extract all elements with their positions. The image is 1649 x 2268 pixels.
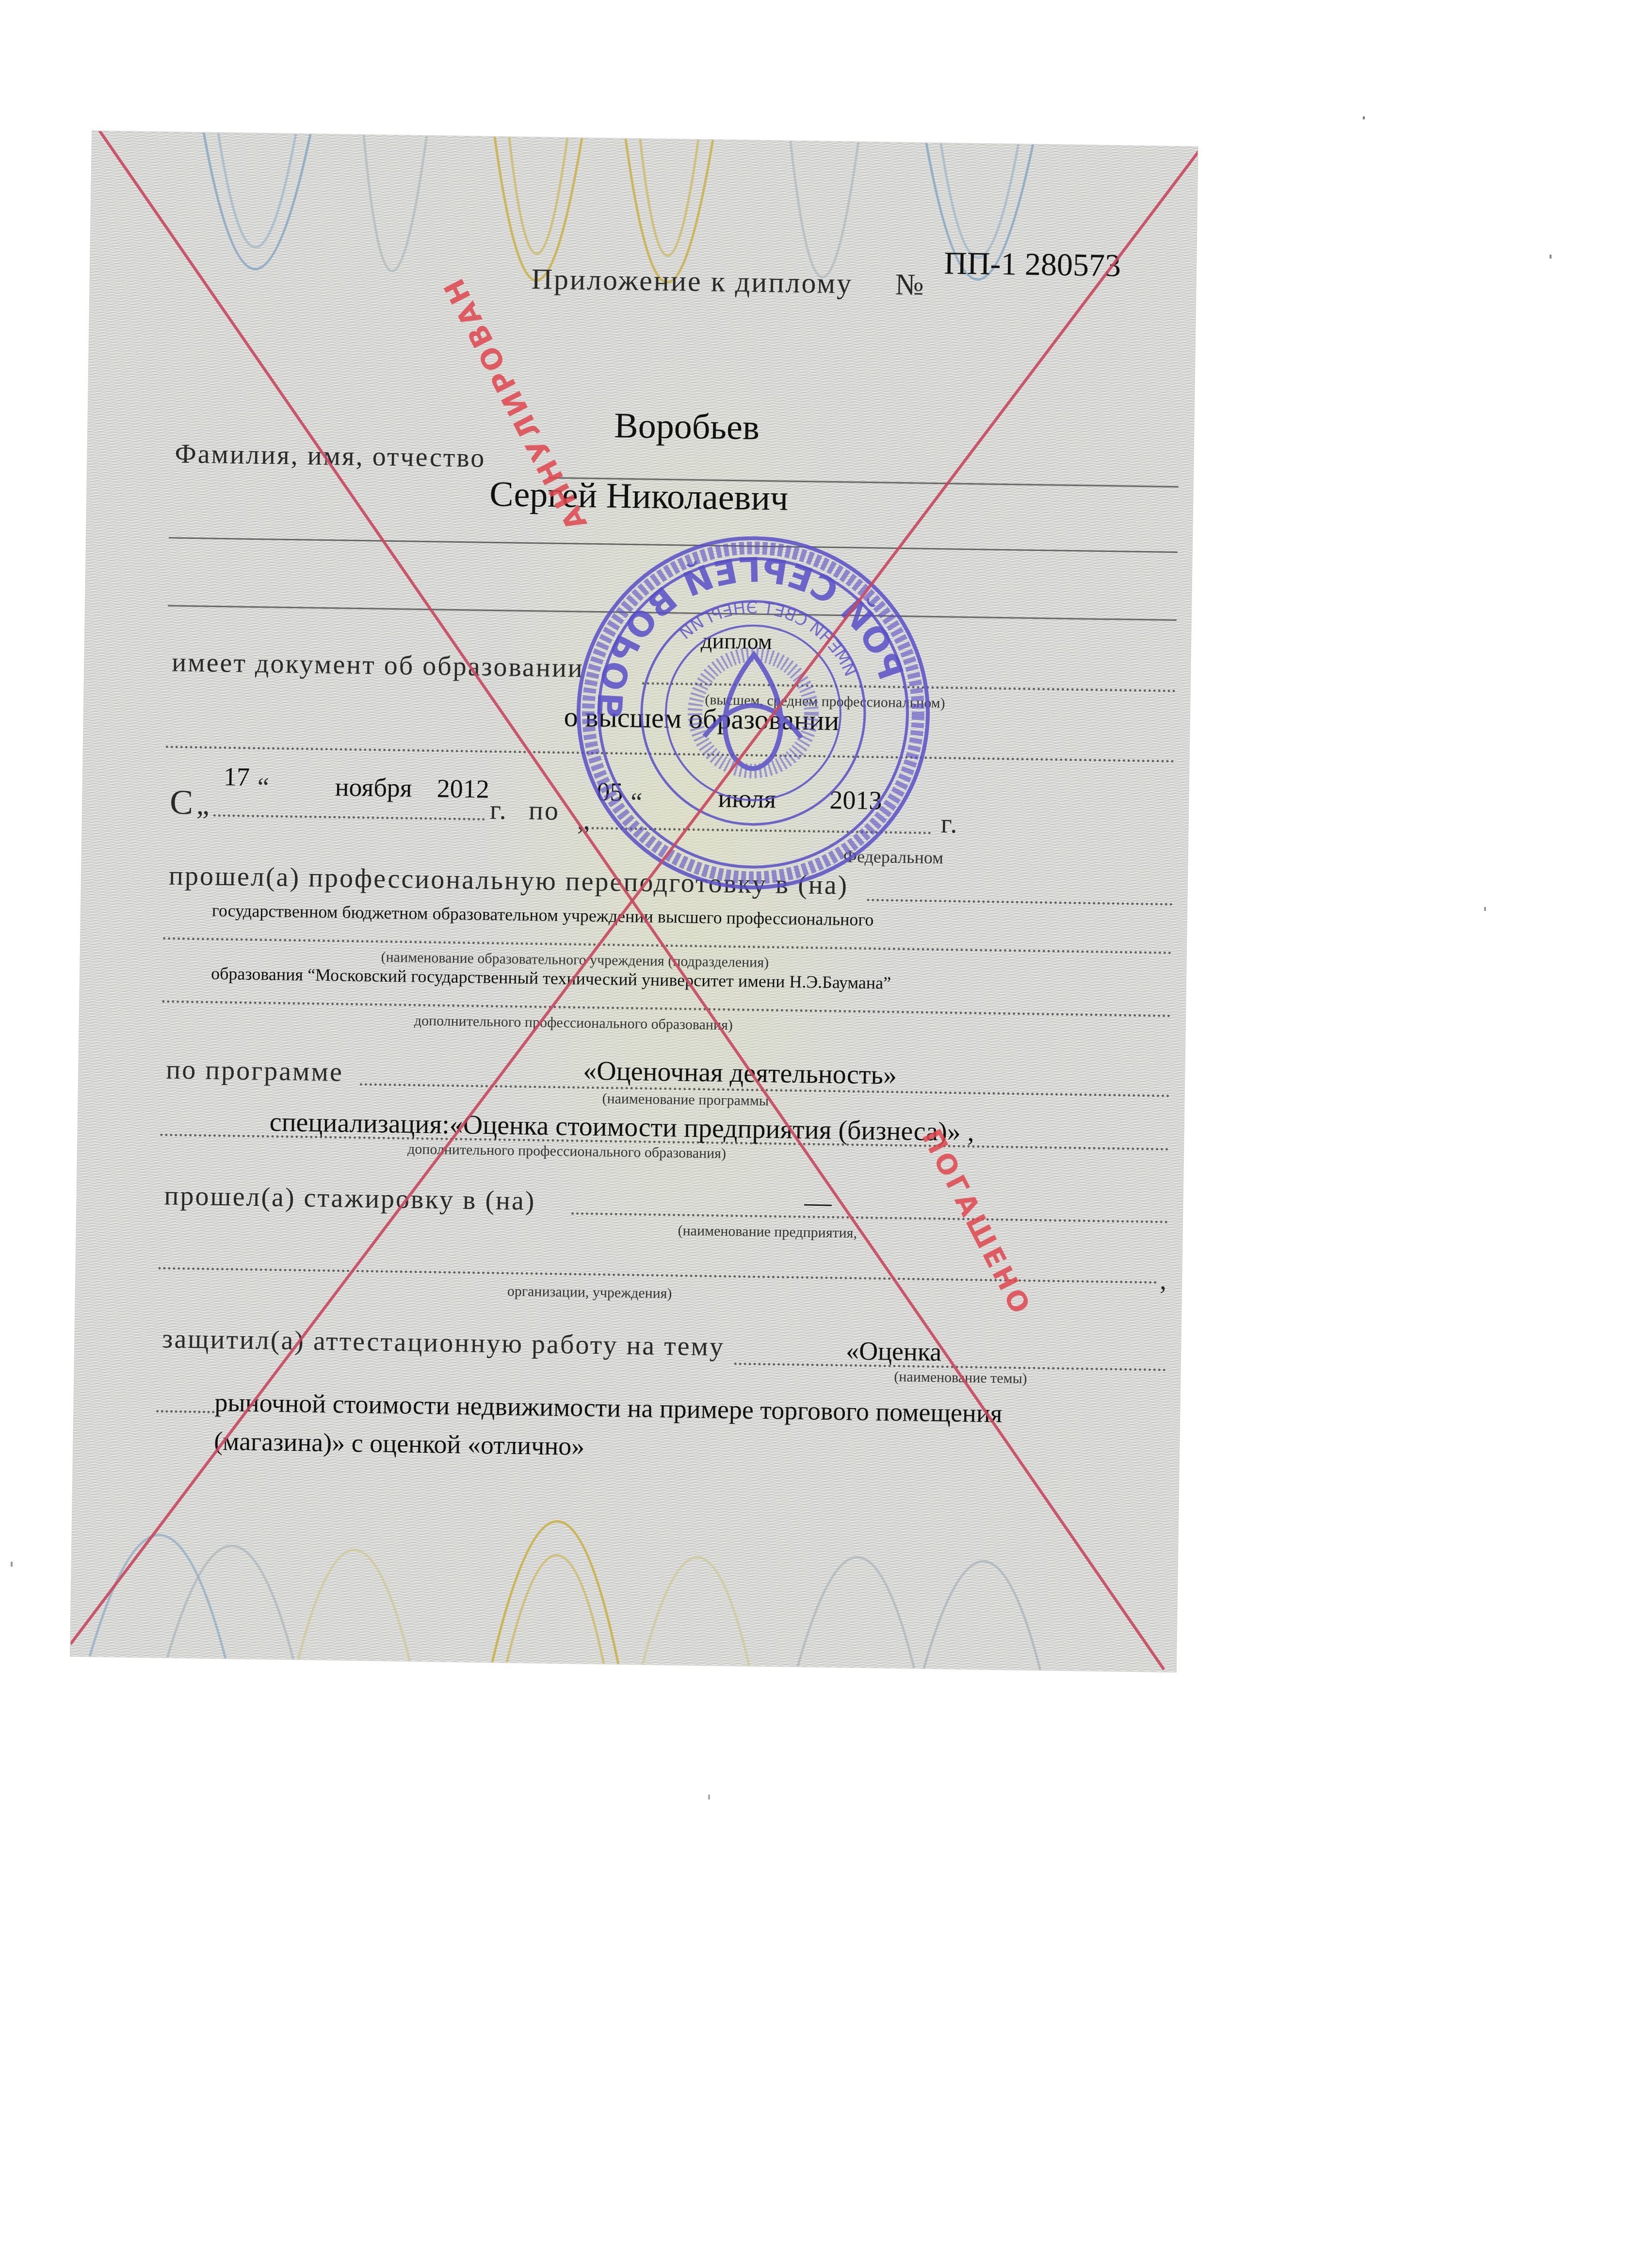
internship-hint-2: организации, учреждения) <box>507 1284 672 1301</box>
education-doc-dotline <box>642 682 1176 692</box>
full-name-underline-2 <box>169 537 1178 553</box>
retraining-dotline-1 <box>867 899 1172 906</box>
education-doc-dotline-2 <box>166 745 1175 762</box>
period-from-prefix: С <box>170 784 195 820</box>
diploma-supplement-sheet: Приложение к диплому № ПП-1 280573 Фамил… <box>70 131 1198 1672</box>
full-name-underline-3 <box>168 605 1177 621</box>
period-to-year-suffix: г. <box>940 810 958 838</box>
period-to-prefix: по <box>529 797 560 825</box>
retraining-institution-line2: государственном бюджетном образовательно… <box>212 902 874 929</box>
retraining-dotline-3 <box>162 1000 1171 1017</box>
period-from-day: 17 <box>224 763 250 790</box>
thesis-line-3: (магазина)» с оценкой «отлично» <box>214 1428 585 1459</box>
scan-speck <box>11 1562 13 1567</box>
education-doc-value: о высшем образовании <box>564 703 839 735</box>
thesis-line-2: рыночной стоимости недвижимости на приме… <box>214 1389 1002 1426</box>
education-doc-label: имеет документ об образовании <box>172 648 584 681</box>
period-to-dotline <box>591 827 931 834</box>
specialization-value: специализация:«Оценка стоимости предприя… <box>269 1108 974 1146</box>
internship-dotline-1 <box>571 1212 1168 1223</box>
thesis-dotline-2 <box>156 1410 214 1413</box>
retraining-label: прошел(а) профессиональную переподготовк… <box>169 862 849 899</box>
period-from-month: ноября <box>335 774 412 801</box>
internship-value: — <box>804 1189 832 1216</box>
cancelled-stamp: ПОГАШЕНО <box>917 1125 1035 1320</box>
thesis-label: защитил(а) аттестационную работу на тему <box>162 1325 725 1361</box>
retraining-institution-line3: образования “Московский государственный … <box>211 965 891 992</box>
surname-value: Воробьев <box>614 407 760 445</box>
header-title: Приложение к диплому <box>531 264 853 298</box>
internship-trailing-comma: , <box>1160 1267 1168 1294</box>
scan-speck <box>1484 907 1486 911</box>
retraining-dpo-hint: дополнительного профессионального образо… <box>414 1014 733 1033</box>
scan-speck <box>1550 255 1552 259</box>
period-open-quote-2: „ <box>577 805 591 834</box>
thesis-hint: (наименование темы) <box>894 1370 1027 1386</box>
scan-speck <box>708 1795 710 1799</box>
internship-hint-1: (наименование предприятия, <box>678 1224 857 1241</box>
retraining-dotline-2 <box>163 937 1172 954</box>
number-sign: № <box>895 270 925 300</box>
period-close-quote-2: “ <box>630 789 644 815</box>
retraining-institution-line1: Федеральном <box>843 847 944 866</box>
full-name-label: Фамилия, имя, отчество <box>175 440 486 472</box>
period-open-quote-1: „ <box>196 790 211 819</box>
specialization-hint: дополнительного профессионального образо… <box>407 1142 726 1161</box>
scan-speck <box>1363 116 1365 119</box>
period-from-year: 2012 <box>436 775 489 802</box>
program-value: «Оценочная деятельность» <box>583 1057 897 1089</box>
period-close-quote-1: “ <box>257 774 271 800</box>
internship-label: прошел(а) стажировку в (на) <box>164 1182 536 1215</box>
period-to-day: 05 <box>597 778 623 805</box>
period-to-year: 2013 <box>829 787 882 814</box>
period-from-dotline <box>213 814 485 821</box>
education-doc-value-top: диплом <box>701 630 772 653</box>
given-names-value: Сергей Николаевич <box>489 476 789 517</box>
period-to-month: июля <box>718 785 776 812</box>
program-label: по программе <box>166 1056 343 1085</box>
program-hint: (наименование программы <box>602 1091 769 1108</box>
thesis-value-start: «Оценка <box>846 1338 942 1365</box>
period-from-year-suffix: г. <box>490 796 508 824</box>
diploma-number: ПП-1 280573 <box>944 247 1121 282</box>
